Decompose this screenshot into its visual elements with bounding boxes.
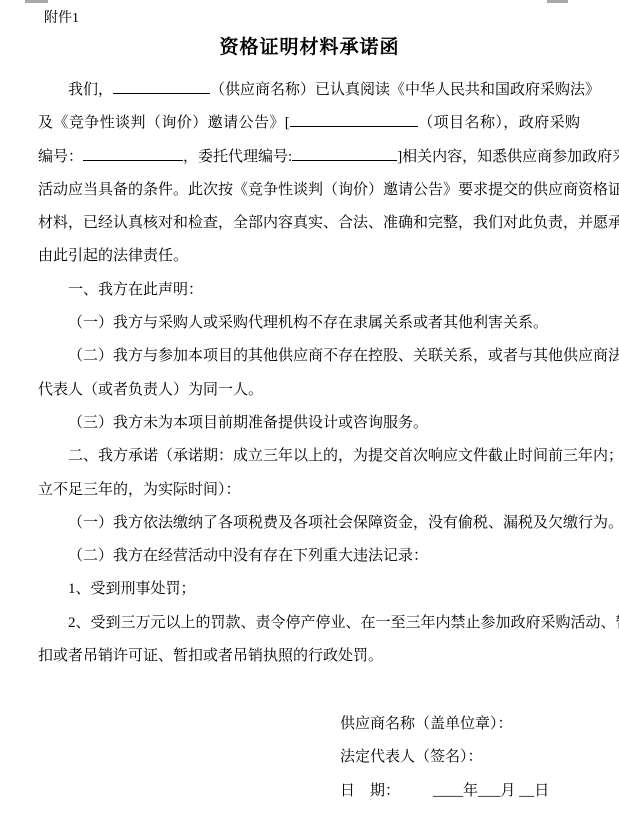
- commitment-heading: 二、我方承诺（承诺期：成立三年以上的，为提交首次响应文件截止时间前三年内；成: [38, 440, 580, 473]
- body-line: 我们，（供应商名称）已认真阅读《中华人民共和国政府采购法》: [38, 74, 580, 107]
- body-line: 活动应当具备的条件。此次按《竞争性谈判（询价）邀请公告》要求提交的供应商资格证明: [38, 174, 580, 207]
- scan-artifact-left: [25, 0, 48, 3]
- document-title: 资格证明材料承诺函: [0, 32, 619, 59]
- commitment-heading-cont: 立不足三年的，为实际时间）：: [38, 474, 580, 507]
- representative-signature-line: 法定代表人（签名）：: [340, 741, 549, 774]
- line3-part3: ]相关内容，知悉供应商参加政府采购: [397, 149, 619, 165]
- date-value: ____年___月 __日: [433, 783, 549, 799]
- commitment-item-2: （二）我方在经营活动中没有存在下列重大违法记录：: [38, 540, 580, 573]
- violation-item-2: 2、受到三万元以上的罚款、责令停产停业、在一至三年内禁止参加政府采购活动、暂: [38, 607, 580, 640]
- line1-post: （供应商名称）已认真阅读《中华人民共和国政府采购法》: [210, 82, 600, 98]
- violation-item-2-cont: 扣或者吊销许可证、暂扣或者吊销执照的行政处罚。: [38, 640, 580, 673]
- line2-pre: 及《竞争性谈判（询价）邀请公告》[: [38, 115, 290, 131]
- agent-number-blank: [292, 145, 397, 161]
- commitment-item-1: （一）我方依法缴纳了各项税费及各项社会保障资金，没有偷税、漏税及欠缴行为。: [38, 507, 580, 540]
- declaration-item-2: （二）我方与参加本项目的其他供应商不存在控股、关联关系，或者与其他供应商法定: [38, 340, 580, 373]
- procurement-number-blank: [83, 145, 183, 161]
- project-name-blank: [290, 111, 418, 127]
- declaration-item-1: （一）我方与采购人或采购代理机构不存在隶属关系或者其他利害关系。: [38, 307, 580, 340]
- document-page: 附件1 资格证明材料承诺函 我们，（供应商名称）已认真阅读《中华人民共和国政府采…: [0, 0, 619, 821]
- body-line: 由此引起的法律责任。: [38, 240, 580, 273]
- supplier-name-blank: [113, 78, 210, 94]
- date-label: 日 期：: [340, 783, 400, 799]
- body-line: 材料，已经认真核对和检查，全部内容真实、合法、准确和完整，我们对此负责，并愿承担: [38, 207, 580, 240]
- supplier-signature-line: 供应商名称（盖单位章）：: [340, 708, 549, 741]
- violation-item-1: 1、受到刑事处罚；: [38, 573, 580, 606]
- scan-artifact-right: [547, 0, 568, 3]
- line3-part2: ，委托代理编号:: [183, 149, 292, 165]
- line2-post: （项目名称），政府采购: [418, 115, 580, 131]
- declaration-item-3: （三）我方未为本项目前期准备提供设计或咨询服务。: [38, 407, 580, 440]
- body-line: 编号：，委托代理编号:]相关内容，知悉供应商参加政府采购: [38, 141, 580, 174]
- document-body: 我们，（供应商名称）已认真阅读《中华人民共和国政府采购法》 及《竞争性谈判（询价…: [38, 74, 580, 673]
- line1-pre: 我们，: [68, 82, 113, 98]
- declaration-heading: 一、我方在此声明：: [38, 274, 580, 307]
- signature-block: 供应商名称（盖单位章）： 法定代表人（签名）： 日 期：____年___月 __…: [340, 708, 549, 808]
- date-line: 日 期：____年___月 __日: [340, 775, 549, 808]
- body-line: 及《竞争性谈判（询价）邀请公告》[（项目名称），政府采购: [38, 107, 580, 140]
- line3-part1: 编号：: [38, 149, 83, 165]
- declaration-item-2-cont: 代表人（或者负责人）为同一人。: [38, 374, 580, 407]
- attachment-label: 附件1: [44, 10, 79, 28]
